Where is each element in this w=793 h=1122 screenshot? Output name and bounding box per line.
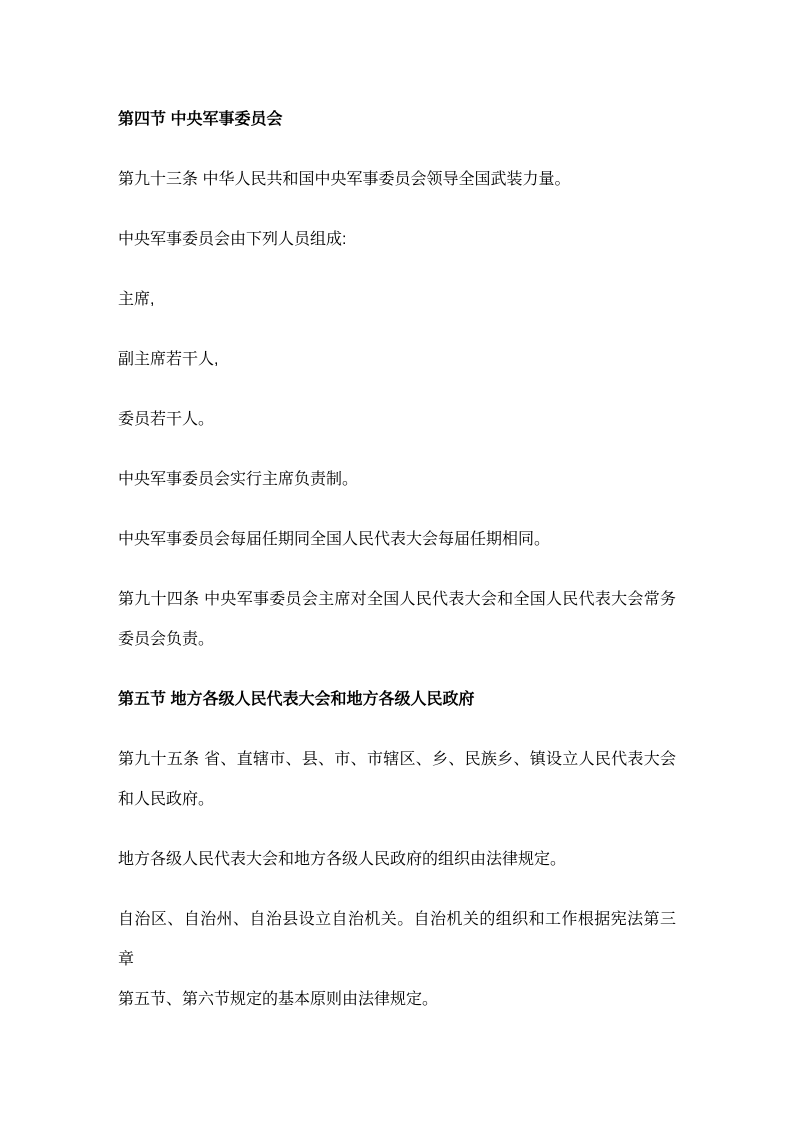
text-line: 副主席若干人, [118, 340, 676, 380]
section-heading: 第四节 中央军事委员会 [118, 100, 676, 140]
text-line: 第九十四条 中央军事委员会主席对全国人民代表大会和全国人民代表大会常务 [118, 580, 676, 620]
text-line: 第九十五条 省、直辖市、县、市、市辖区、乡、民族乡、镇设立人民代表大会 [118, 740, 676, 780]
text-line: 主席, [118, 280, 676, 320]
paragraph: 中央军事委员会由下列人员组成: [118, 220, 676, 260]
paragraph: 主席, [118, 280, 676, 320]
paragraph: 委员若干人。 [118, 400, 676, 440]
section-heading: 第五节 地方各级人民代表大会和地方各级人民政府 [118, 680, 676, 720]
paragraph: 副主席若干人, [118, 340, 676, 380]
text-line: 第五节 地方各级人民代表大会和地方各级人民政府 [118, 680, 676, 720]
text-line: 和人民政府。 [118, 780, 676, 820]
paragraph: 地方各级人民代表大会和地方各级人民政府的组织由法律规定。 [118, 840, 676, 880]
paragraph: 中央军事委员会实行主席负责制。 [118, 460, 676, 500]
text-line: 委员若干人。 [118, 400, 676, 440]
paragraph: 中央军事委员会每届任期同全国人民代表大会每届任期相同。 [118, 520, 676, 560]
text-line: 第四节 中央军事委员会 [118, 100, 676, 140]
text-line: 自治区、自治州、自治县设立自治机关。自治机关的组织和工作根据宪法第三章 [118, 900, 676, 980]
text-line: 地方各级人民代表大会和地方各级人民政府的组织由法律规定。 [118, 840, 676, 880]
document-page: 第四节 中央军事委员会第九十三条 中华人民共和国中央军事委员会领导全国武装力量。… [0, 0, 793, 1122]
text-line: 中央军事委员会由下列人员组成: [118, 220, 676, 260]
text-line: 中央军事委员会每届任期同全国人民代表大会每届任期相同。 [118, 520, 676, 560]
text-line: 委员会负责。 [118, 620, 676, 660]
text-line: 第九十三条 中华人民共和国中央军事委员会领导全国武装力量。 [118, 160, 676, 200]
paragraph: 第九十五条 省、直辖市、县、市、市辖区、乡、民族乡、镇设立人民代表大会和人民政府… [118, 740, 676, 820]
text-line: 中央军事委员会实行主席负责制。 [118, 460, 676, 500]
text-line: 第五节、第六节规定的基本原则由法律规定。 [118, 980, 676, 1020]
paragraph: 自治区、自治州、自治县设立自治机关。自治机关的组织和工作根据宪法第三章第五节、第… [118, 900, 676, 1020]
paragraph: 第九十四条 中央军事委员会主席对全国人民代表大会和全国人民代表大会常务委员会负责… [118, 580, 676, 660]
paragraph: 第九十三条 中华人民共和国中央军事委员会领导全国武装力量。 [118, 160, 676, 200]
